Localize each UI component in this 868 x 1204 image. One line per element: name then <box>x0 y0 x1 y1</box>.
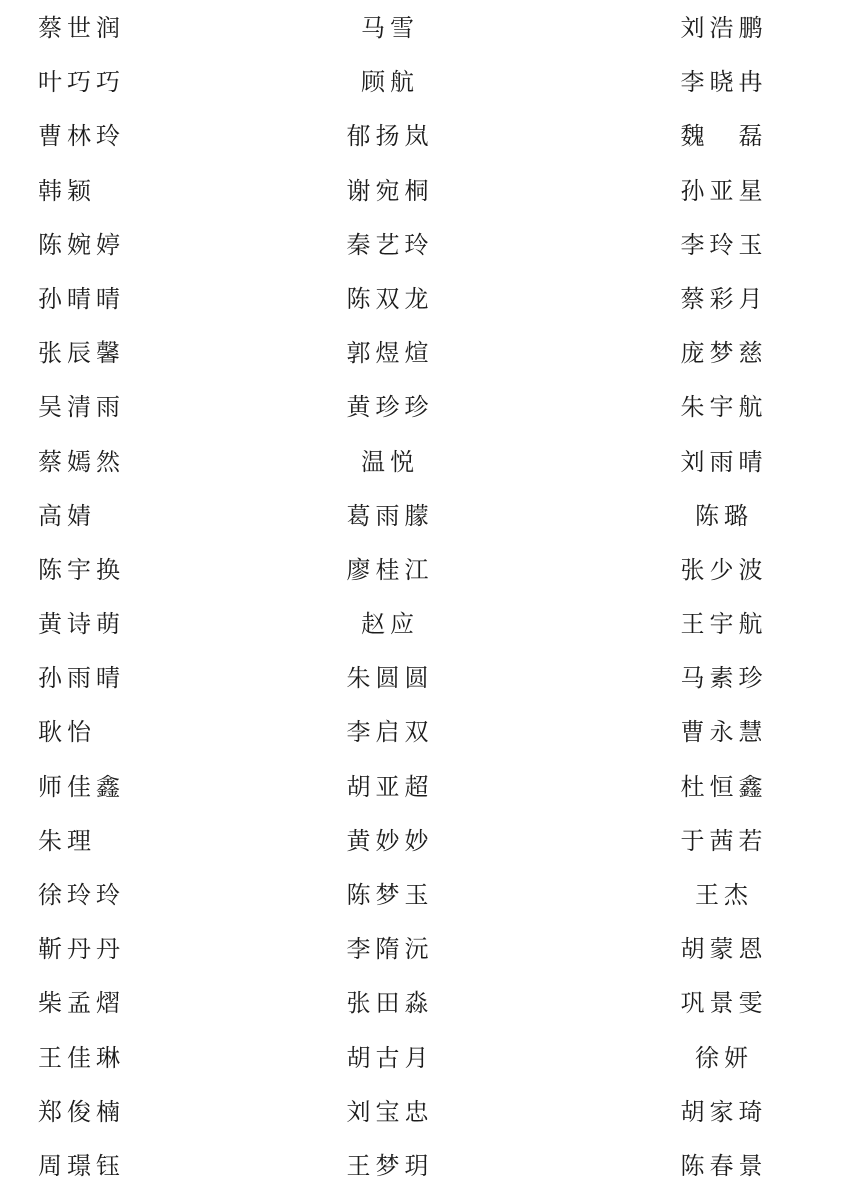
name-cell: 黄珍珍 <box>200 396 580 420</box>
name-cell: 高婧 <box>0 505 200 529</box>
name-cell: 廖桂江 <box>200 559 580 583</box>
name-cell: 刘宝忠 <box>200 1101 580 1125</box>
name-row: 王佳琳胡古月徐妍 <box>0 1031 868 1085</box>
name-row: 师佳鑫胡亚超杜恒鑫 <box>0 761 868 815</box>
name-cell: 蔡嫣然 <box>0 451 200 475</box>
name-cell: 王梦玥 <box>200 1155 580 1179</box>
name-list-page: 蔡世润马雪刘浩鹏叶巧巧顾航李晓冉曹林玲郁扬岚魏 磊韩颖谢宛桐孙亚星陈婉婷秦艺玲李… <box>0 0 868 1204</box>
name-row: 柴孟熠张田淼巩景雯 <box>0 977 868 1031</box>
name-cell: 庞梦慈 <box>580 342 868 366</box>
name-cell: 顾航 <box>200 71 580 95</box>
name-cell: 徐玲玲 <box>0 884 200 908</box>
name-cell: 魏 磊 <box>580 125 868 149</box>
name-cell: 叶巧巧 <box>0 71 200 95</box>
name-cell: 耿怡 <box>0 721 200 745</box>
name-row: 朱理黄妙妙于茜若 <box>0 815 868 869</box>
name-row: 吴清雨黄珍珍朱宇航 <box>0 381 868 435</box>
name-row: 周璟钰王梦玥陈春景 <box>0 1140 868 1194</box>
name-row: 蔡嫣然温悦刘雨晴 <box>0 435 868 489</box>
name-row: 蔡世润马雪刘浩鹏 <box>0 2 868 56</box>
name-row: 韩颖谢宛桐孙亚星 <box>0 165 868 219</box>
name-cell: 郁扬岚 <box>200 125 580 149</box>
name-cell: 师佳鑫 <box>0 776 200 800</box>
name-row: 曹林玲郁扬岚魏 磊 <box>0 110 868 164</box>
name-cell: 徐妍 <box>580 1047 868 1071</box>
name-cell: 温悦 <box>200 451 580 475</box>
name-cell: 陈婉婷 <box>0 234 200 258</box>
name-cell: 吴清雨 <box>0 396 200 420</box>
name-cell: 蔡世润 <box>0 17 200 41</box>
name-cell: 胡蒙恩 <box>580 938 868 962</box>
name-cell: 巩景雯 <box>580 992 868 1016</box>
name-cell: 朱理 <box>0 830 200 854</box>
name-row: 高婧葛雨朦陈璐 <box>0 490 868 544</box>
name-row: 徐玲玲陈梦玉王杰 <box>0 869 868 923</box>
name-cell: 张田淼 <box>200 992 580 1016</box>
name-cell: 李启双 <box>200 721 580 745</box>
name-cell: 李隋沅 <box>200 938 580 962</box>
name-cell: 张辰馨 <box>0 342 200 366</box>
name-cell: 胡亚超 <box>200 776 580 800</box>
name-cell: 李玲玉 <box>580 234 868 258</box>
name-cell: 陈宇换 <box>0 559 200 583</box>
name-cell: 蔡彩月 <box>580 288 868 312</box>
name-cell: 王宇航 <box>580 613 868 637</box>
name-row: 耿怡李启双曹永慧 <box>0 706 868 760</box>
name-cell: 郭煜煊 <box>200 342 580 366</box>
name-cell: 陈双龙 <box>200 288 580 312</box>
name-cell: 黄妙妙 <box>200 830 580 854</box>
name-cell: 赵应 <box>200 613 580 637</box>
name-row: 陈宇换廖桂江张少波 <box>0 544 868 598</box>
name-cell: 郑俊楠 <box>0 1101 200 1125</box>
name-row: 孙晴晴陈双龙蔡彩月 <box>0 273 868 327</box>
name-cell: 孙晴晴 <box>0 288 200 312</box>
name-cell: 曹林玲 <box>0 125 200 149</box>
name-cell: 朱圆圆 <box>200 667 580 691</box>
name-cell: 孙雨晴 <box>0 667 200 691</box>
name-cell: 周璟钰 <box>0 1155 200 1179</box>
name-cell: 黄诗萌 <box>0 613 200 637</box>
name-cell: 陈春景 <box>580 1155 868 1179</box>
name-cell: 靳丹丹 <box>0 938 200 962</box>
name-cell: 张少波 <box>580 559 868 583</box>
name-cell: 谢宛桐 <box>200 180 580 204</box>
name-row: 张辰馨郭煜煊庞梦慈 <box>0 327 868 381</box>
name-cell: 葛雨朦 <box>200 505 580 529</box>
name-row: 陈婉婷秦艺玲李玲玉 <box>0 219 868 273</box>
name-cell: 曹永慧 <box>580 721 868 745</box>
name-cell: 杜恒鑫 <box>580 776 868 800</box>
name-cell: 朱宇航 <box>580 396 868 420</box>
name-cell: 韩颖 <box>0 180 200 204</box>
name-row: 孙雨晴朱圆圆马素珍 <box>0 652 868 706</box>
name-cell: 王佳琳 <box>0 1047 200 1071</box>
name-cell: 刘浩鹏 <box>580 17 868 41</box>
name-cell: 陈璐 <box>580 505 868 529</box>
name-cell: 孙亚星 <box>580 180 868 204</box>
name-cell: 秦艺玲 <box>200 234 580 258</box>
name-cell: 马雪 <box>200 17 580 41</box>
name-row: 靳丹丹李隋沅胡蒙恩 <box>0 923 868 977</box>
name-cell: 胡家琦 <box>580 1101 868 1125</box>
name-cell: 柴孟熠 <box>0 992 200 1016</box>
name-row: 叶巧巧顾航李晓冉 <box>0 56 868 110</box>
name-cell: 马素珍 <box>580 667 868 691</box>
name-cell: 胡古月 <box>200 1047 580 1071</box>
name-cell: 于茜若 <box>580 830 868 854</box>
name-row: 黄诗萌赵应王宇航 <box>0 598 868 652</box>
name-cell: 刘雨晴 <box>580 451 868 475</box>
name-cell: 李晓冉 <box>580 71 868 95</box>
name-cell: 陈梦玉 <box>200 884 580 908</box>
name-cell: 王杰 <box>580 884 868 908</box>
name-row: 郑俊楠刘宝忠胡家琦 <box>0 1086 868 1140</box>
